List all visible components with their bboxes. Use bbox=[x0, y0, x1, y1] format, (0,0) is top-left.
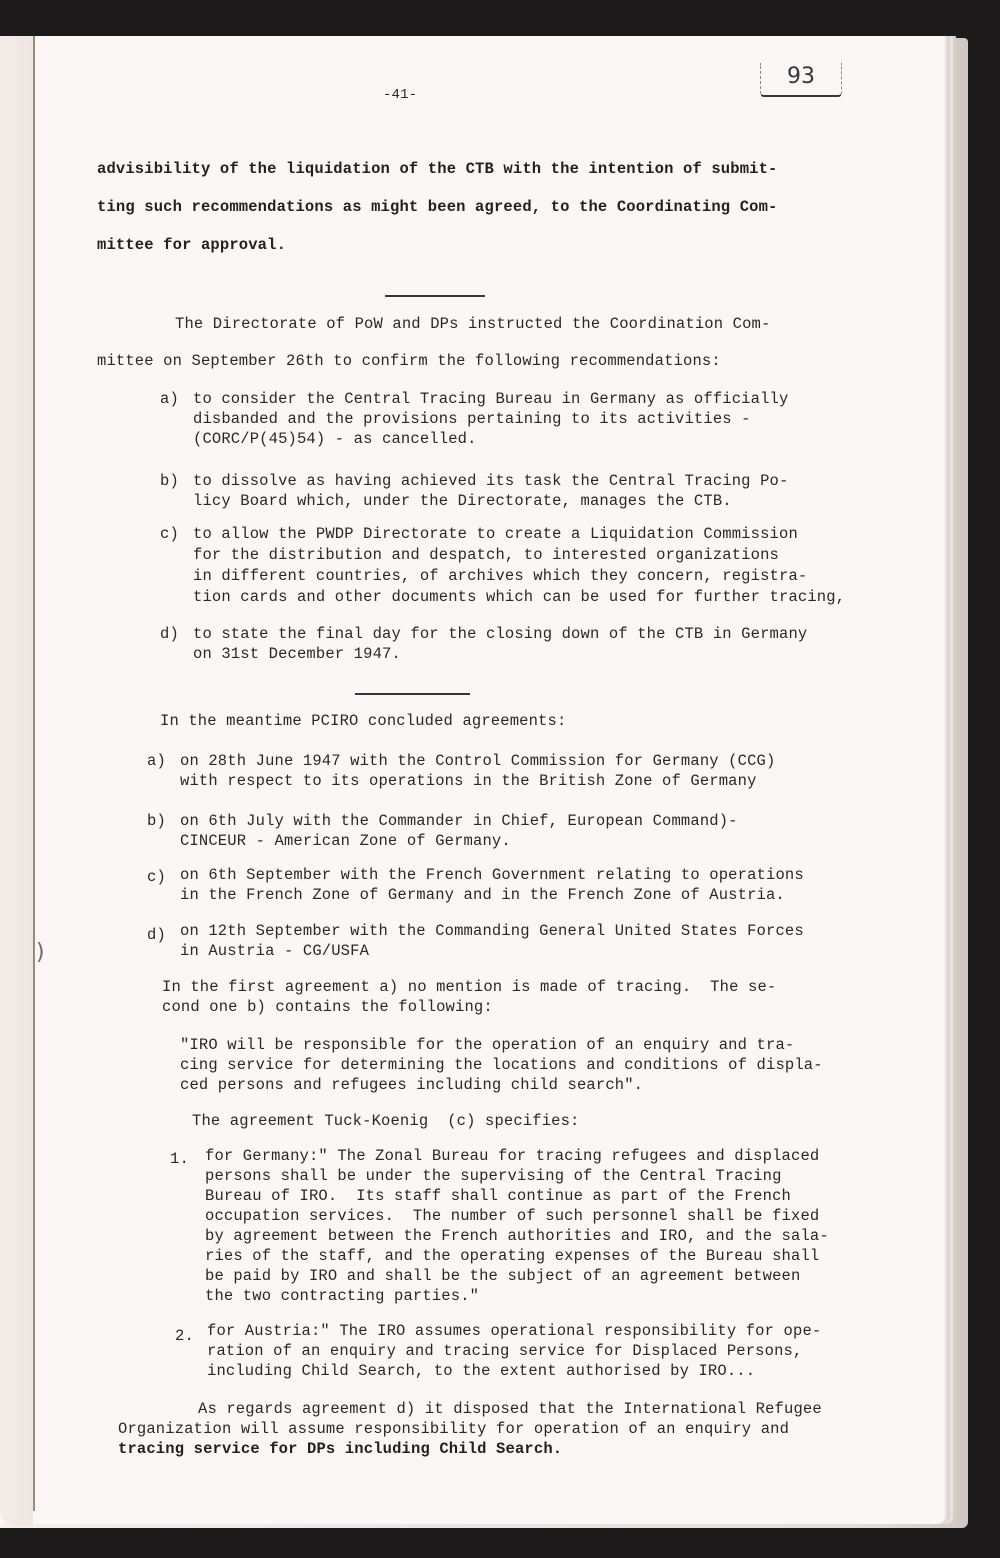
agreement-d-line: on 12th September with the Commanding Ge… bbox=[180, 922, 804, 940]
opening-line-3: mittee for approval. bbox=[97, 236, 286, 254]
specific-1-line: for Germany:" The Zonal Bureau for traci… bbox=[205, 1147, 819, 1165]
agreement-d-marker: d) bbox=[147, 926, 166, 944]
opening-line-2: ting such recommendations as might been … bbox=[97, 198, 778, 216]
directorate-line-1: The Directorate of PoW and DPs instructe… bbox=[175, 315, 770, 333]
typewritten-document: -41- 93 advisibility of the liquidation … bbox=[0, 0, 1000, 1558]
agreement-a-line: with respect to its operations in the Br… bbox=[180, 772, 757, 790]
first-agreement-note-line: In the first agreement a) no mention is … bbox=[162, 978, 776, 996]
quote-b-line: "IRO will be responsible for the operati… bbox=[180, 1036, 794, 1054]
specific-2-marker: 2. bbox=[175, 1327, 194, 1345]
specific-1-line: occupation services. The number of such … bbox=[205, 1207, 819, 1225]
quote-b-line: ced persons and refugees including child… bbox=[180, 1076, 643, 1094]
specific-1-line: by agreement between the French authorit… bbox=[205, 1227, 829, 1245]
agreement-c-line: on 6th September with the French Governm… bbox=[180, 866, 804, 884]
specific-2-line: including Child Search, to the extent au… bbox=[207, 1362, 755, 1380]
section-divider bbox=[355, 693, 470, 695]
margin-bracket-mark: ) bbox=[36, 940, 45, 965]
first-agreement-note-line: cond one b) contains the following: bbox=[162, 998, 493, 1016]
agreement-a-marker: a) bbox=[147, 752, 166, 770]
specific-1-line: persons shall be under the supervising o… bbox=[205, 1167, 782, 1185]
recommendation-d-line: to state the final day for the closing d… bbox=[193, 625, 807, 643]
specific-1-line: ries of the staff, and the operating exp… bbox=[205, 1247, 819, 1265]
agreement-d-line: in Austria - CG/USFA bbox=[180, 942, 369, 960]
recommendation-a-line: disbanded and the provisions pertaining … bbox=[193, 410, 751, 428]
recommendation-d-marker: d) bbox=[160, 625, 179, 643]
closing-line: As regards agreement d) it disposed that… bbox=[198, 1400, 822, 1418]
page-number: -41- bbox=[383, 87, 417, 103]
specific-1-line: the two contracting parties." bbox=[205, 1287, 479, 1305]
section-divider bbox=[385, 295, 485, 297]
agreement-c-marker: c) bbox=[147, 868, 166, 886]
specific-1-line: Bureau of IRO. Its staff shall continue … bbox=[205, 1187, 791, 1205]
agreement-b-line: on 6th July with the Commander in Chief,… bbox=[180, 812, 738, 830]
recommendation-d-line: on 31st December 1947. bbox=[193, 645, 401, 663]
recommendation-c-line: tion cards and other documents which can… bbox=[193, 588, 845, 606]
recommendation-b-line: licy Board which, under the Directorate,… bbox=[193, 492, 732, 510]
specific-2-line: ration of an enquiry and tracing service… bbox=[207, 1342, 802, 1360]
recommendation-c-marker: c) bbox=[160, 525, 179, 543]
agreement-b-line: CINCEUR - American Zone of Germany. bbox=[180, 832, 511, 850]
specific-2-line: for Austria:" The IRO assumes operationa… bbox=[207, 1322, 821, 1340]
specific-1-line: be paid by IRO and shall be the subject … bbox=[205, 1267, 800, 1285]
agreements-intro: In the meantime PCIRO concluded agreemen… bbox=[160, 712, 566, 730]
closing-line: Organization will assume responsibility … bbox=[118, 1420, 789, 1438]
quote-b-line: cing service for determining the locatio… bbox=[180, 1056, 823, 1074]
directorate-line-2: mittee on September 26th to confirm the … bbox=[97, 352, 721, 370]
recommendation-b-marker: b) bbox=[160, 472, 179, 490]
closing-line: tracing service for DPs including Child … bbox=[118, 1440, 562, 1458]
agreement-c-line: in the French Zone of Germany and in the… bbox=[180, 886, 785, 904]
specific-1-marker: 1. bbox=[170, 1150, 189, 1168]
recommendation-c-line: to allow the PWDP Directorate to create … bbox=[193, 525, 798, 543]
recommendation-c-line: for the distribution and despatch, to in… bbox=[193, 546, 779, 564]
opening-line-1: advisibility of the liquidation of the C… bbox=[97, 160, 778, 178]
agreement-b-marker: b) bbox=[147, 812, 166, 830]
recommendation-a-marker: a) bbox=[160, 390, 179, 408]
recommendation-a-line: (CORC/P(45)54) - as cancelled. bbox=[193, 430, 477, 448]
tuck-koenig-intro: The agreement Tuck-Koenig (c) specifies: bbox=[192, 1112, 580, 1130]
recommendation-c-line: in different countries, of archives whic… bbox=[193, 567, 807, 585]
recommendation-a-line: to consider the Central Tracing Bureau i… bbox=[193, 390, 788, 408]
recommendation-b-line: to dissolve as having achieved its task … bbox=[193, 472, 788, 490]
agreement-a-line: on 28th June 1947 with the Control Commi… bbox=[180, 752, 775, 770]
archive-stamp: 93 bbox=[760, 63, 842, 97]
